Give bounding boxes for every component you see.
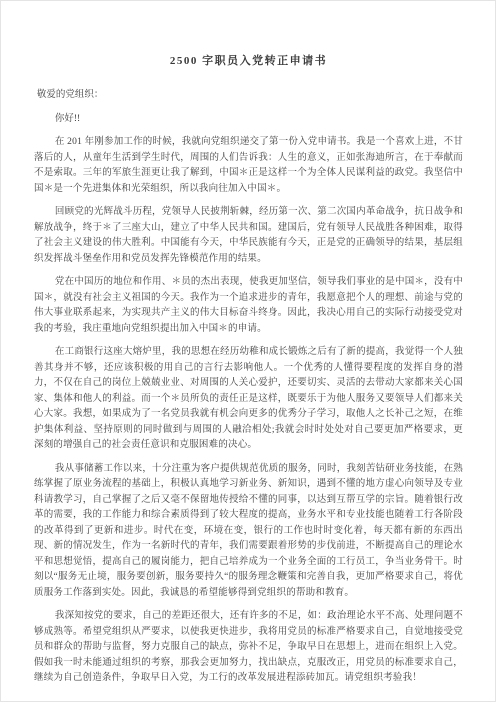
paragraph-4: 在工商银行这座大熔炉里，我的思想在经历幼稚和成长锻炼之后有了新的提高，我觉得一个…: [34, 345, 463, 454]
paragraph-5: 我从事储蓄工作以来，十分注重为客户提供规范优质的服务，同时，我刻苦钻研业务技能，…: [34, 462, 463, 602]
paragraph-2: 回顾党的光辉战斗历程，党领导人民披荆斩棘，经历第一次、第二次国内革命战争，抗日战…: [34, 205, 463, 267]
paragraph-3: 党在中国历的地位和作用、＊员的杰出表现，使我更加坚信，领导我们事业的是中国＊，没…: [34, 275, 463, 337]
document-title: 2500 字职员入党转正申请书: [34, 52, 463, 68]
paragraph-1: 在 201 年刚参加工作的时候，我就向党组织递交了第一份入党申请书。我是一个喜欢…: [34, 135, 463, 197]
greeting-line: 你好!!: [34, 112, 463, 128]
paragraph-6: 我深知按党的要求，自己的差距还很大，还有许多的不足，如：政治理论水平不高、处理问…: [34, 609, 463, 687]
document-page: 2500 字职员入党转正申请书 敬爱的党组织： 你好!! 在 201 年刚参加工…: [0, 0, 496, 702]
salutation: 敬爱的党组织：: [34, 88, 463, 104]
